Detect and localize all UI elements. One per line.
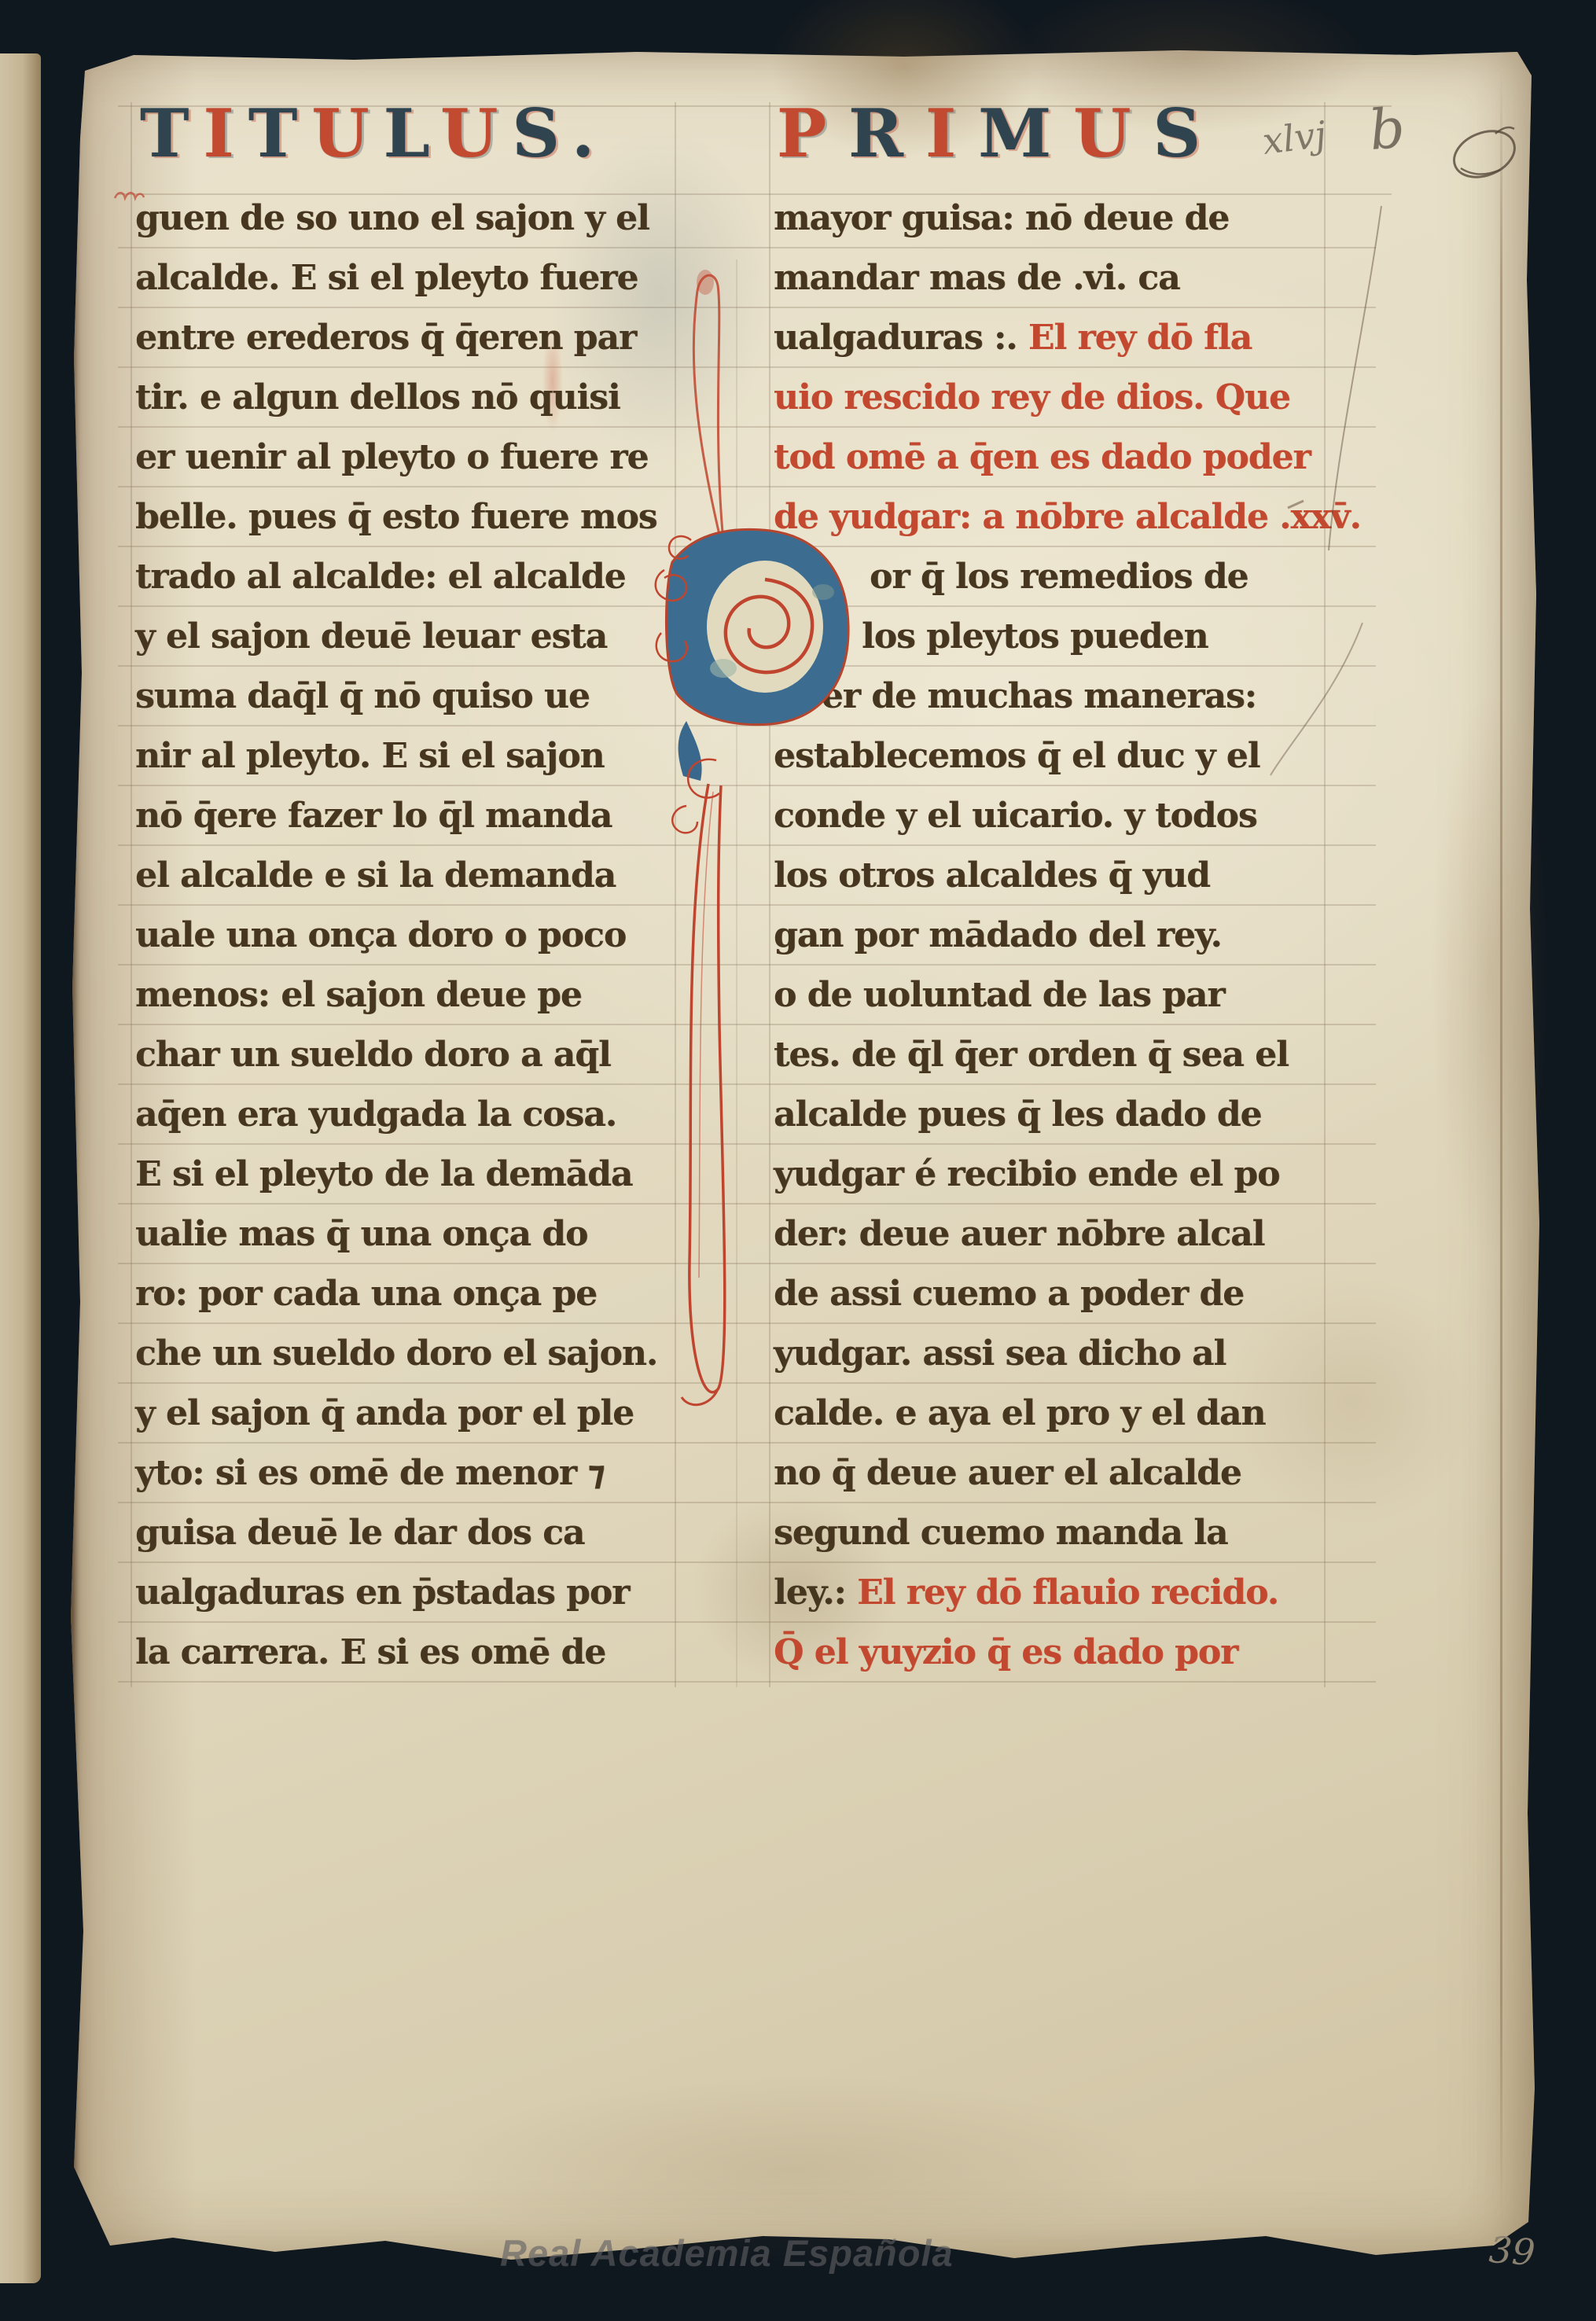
red-quire-squiggle <box>115 193 144 198</box>
pen-hairline-stroke <box>1329 206 1381 550</box>
pen-tick <box>1288 501 1304 508</box>
folio-number: 39 <box>1488 2228 1536 2274</box>
marginalia-layer: xlvj b <box>0 0 1596 2321</box>
quire-mark-annotation: xlvj <box>1260 112 1329 162</box>
paraph-mark <box>1447 123 1521 186</box>
pen-hairline-stroke <box>1271 623 1362 775</box>
flourish-letter-annotation: b <box>1366 95 1407 163</box>
manuscript-photo: TITULUS. PRIMUS guen de so uno el sajon … <box>0 0 1596 2321</box>
watermark: Real Academia Española <box>500 2231 954 2275</box>
